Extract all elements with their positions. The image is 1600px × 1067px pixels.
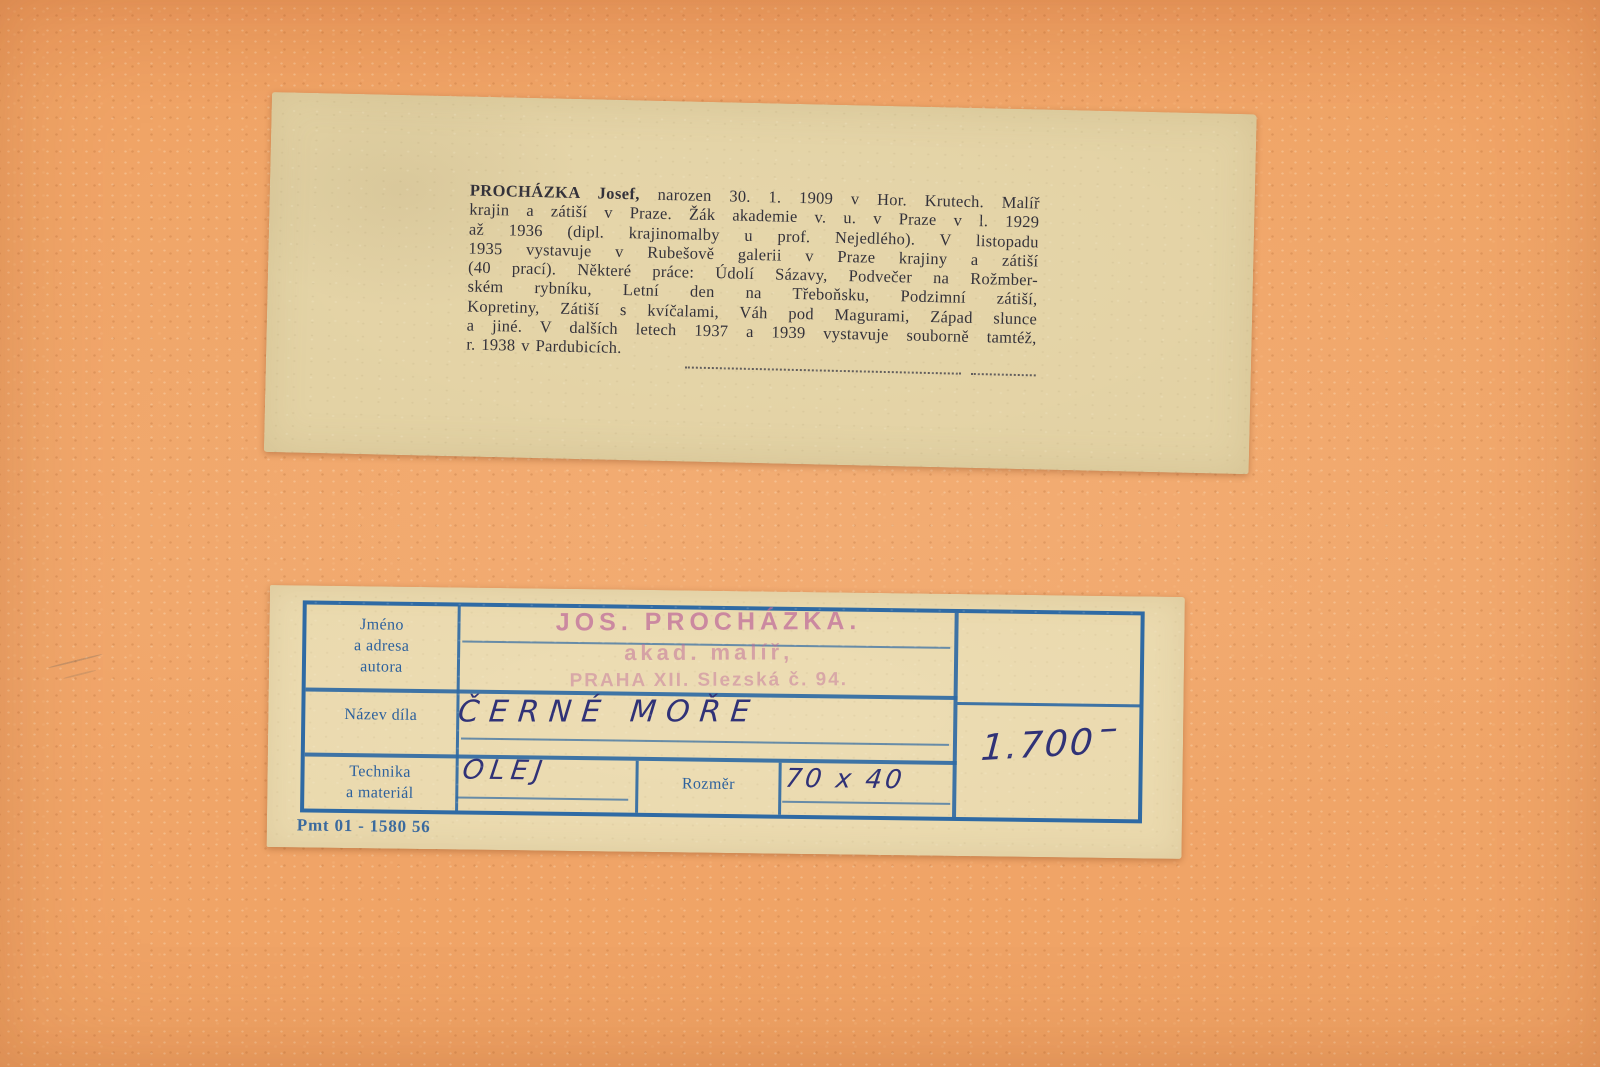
title-field-label: Název díla	[305, 703, 456, 726]
pencil-mark	[63, 669, 96, 679]
form-table: Jméno a adresa autora Název díla Technik…	[300, 600, 1145, 823]
technique-field-label: Technika a materiál	[304, 760, 456, 804]
pencil-mark	[48, 653, 103, 668]
size-field-label: Rozměr	[638, 773, 778, 796]
technique-field-label-line: a materiál	[304, 781, 455, 804]
artwork-back-photo: PROCHÁZKA Josef, narozen 30. 1. 1909 v H…	[0, 0, 1600, 1067]
table-column-line	[778, 763, 782, 815]
author-field-label: Jméno a adresa autora	[306, 613, 458, 678]
pencil-smudge	[42, 639, 129, 703]
author-field-label-line: Jméno	[306, 613, 457, 636]
bio-label: PROCHÁZKA Josef, narozen 30. 1. 1909 v H…	[264, 92, 1257, 474]
stamp-name-line: JOS. PROCHÁZKA.	[456, 607, 961, 638]
size-handwritten: 70 x 40	[784, 764, 907, 796]
dotted-line-segment	[685, 364, 961, 374]
author-field-label-line: autora	[306, 655, 457, 678]
technique-handwritten: OLEJ	[460, 755, 550, 787]
table-column-line	[952, 613, 959, 817]
author-field-label-line: a adresa	[306, 634, 457, 657]
inventory-label: Jméno a adresa autora Název díla Technik…	[267, 585, 1185, 859]
write-line	[782, 801, 950, 805]
technique-field-label-line: Technika	[304, 760, 455, 783]
price-value: 1.700	[980, 722, 1097, 769]
artist-stamp: JOS. PROCHÁZKA. akad. malíř, PRAHA XII. …	[456, 607, 961, 693]
bio-text-block: PROCHÁZKA Josef, narozen 30. 1. 1909 v H…	[466, 181, 1040, 377]
dotted-line-segment	[971, 371, 1036, 376]
write-line	[456, 796, 628, 800]
write-line	[462, 641, 950, 649]
table-row-line	[957, 702, 1139, 707]
price-handwritten: 1.700–	[958, 719, 1142, 770]
form-number: Pmt 01 - 1580 56	[297, 815, 431, 837]
write-line	[461, 738, 949, 746]
price-dash: –	[1098, 707, 1121, 749]
title-handwritten: ČERNÉ MOŘE	[456, 694, 761, 729]
stamp-address-line: PRAHA XII. Slezská č. 94.	[456, 669, 961, 693]
